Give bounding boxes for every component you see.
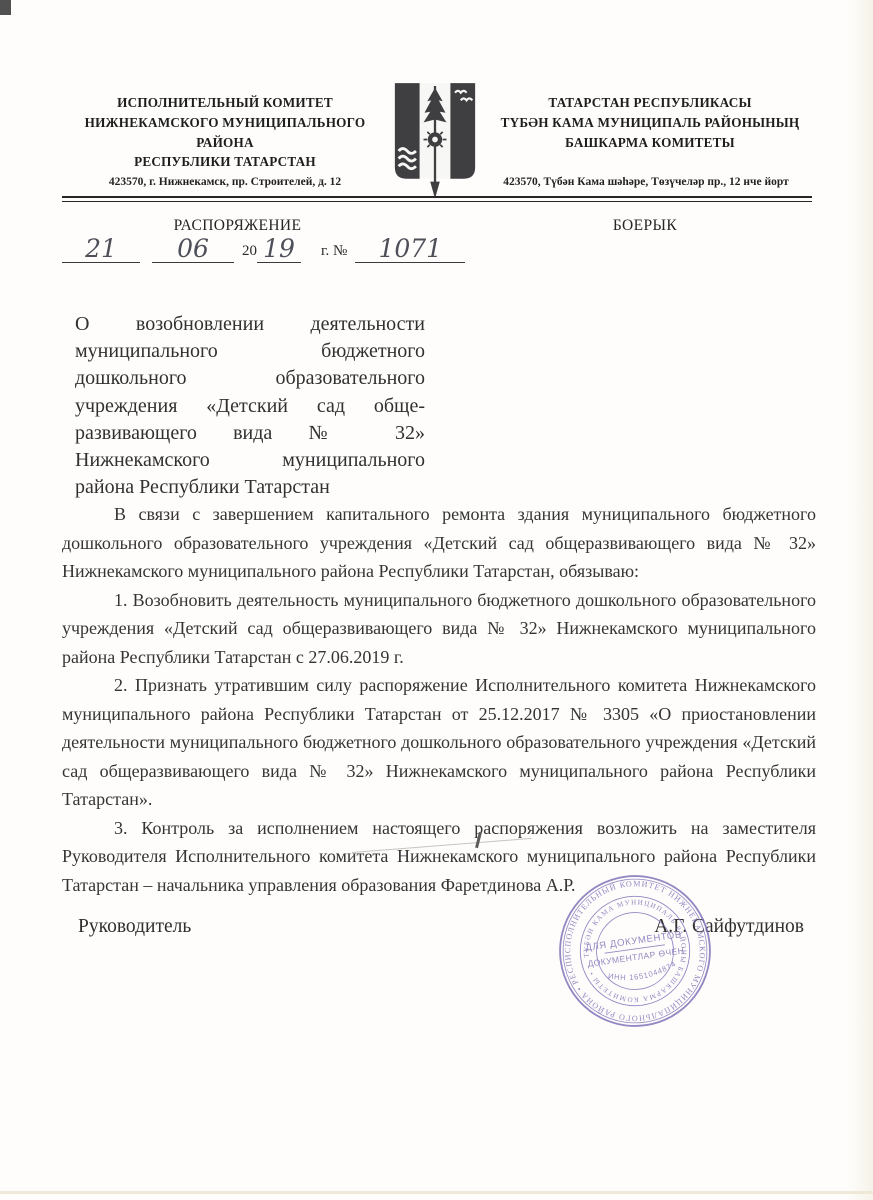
doc-type-tatar: БОЕРЫК <box>480 217 810 235</box>
scan-corner-artifact <box>0 0 11 15</box>
coat-of-arms-icon <box>392 80 478 200</box>
org-name-line: РЕСПУБЛИКИ ТАТАРСТАН <box>58 152 392 172</box>
title-line: О возобновлении деятельности <box>75 311 425 338</box>
date-number-line: 21 06 20 19 г. № 1071 <box>62 236 465 263</box>
number-label: г. № <box>321 243 347 263</box>
title-line: учреждения «Детский сад обще- <box>75 393 425 420</box>
address-tatar: 423570, Түбән Кама шәһәре, Төзүчеләр пр.… <box>470 176 822 188</box>
document-body: В связи с завершением капитального ремон… <box>62 500 816 899</box>
paragraph-preamble: В связи с завершением капитального ремон… <box>62 500 816 586</box>
date-month-field: 06 <box>152 236 234 263</box>
paragraph-item-1: 1. Возобновить деятельность муниципально… <box>62 586 816 672</box>
org-name-line: ТҮБӘН КАМА МУНИЦИПАЛЬ РАЙОНЫНЫҢ <box>478 113 822 133</box>
date-day-field: 21 <box>62 236 140 263</box>
title-line: дошкольного образовательного <box>75 365 425 392</box>
org-name-tatar: ТАТАРСТАН РЕСПУБЛИКАСЫ ТҮБӘН КАМА МУНИЦИ… <box>478 93 822 152</box>
date-year-field: 19 <box>257 236 301 263</box>
title-line: района Республики Татарстан <box>75 474 425 501</box>
paragraph-item-2: 2. Признать утратившим силу распоряжение… <box>62 671 816 814</box>
title-line: развивающего вида № 32» <box>75 420 425 447</box>
org-name-line: НИЖНЕКАМСКОГО МУНИЦИПАЛЬНОГО РАЙОНА <box>58 113 392 153</box>
doc-type-russian: РАСПОРЯЖЕНИЕ <box>60 217 415 235</box>
year-prefix: 20 <box>242 243 257 263</box>
org-name-line: БАШКАРМА КОМИТЕТЫ <box>478 133 822 153</box>
document-title: О возобновлении деятельности муниципальн… <box>75 311 425 501</box>
org-name-line: ТАТАРСТАН РЕСПУБЛИКАСЫ <box>478 93 822 113</box>
org-name-russian: ИСПОЛНИТЕЛЬНЫЙ КОМИТЕТ НИЖНЕКАМСКОГО МУН… <box>58 93 392 172</box>
scanned-document-page: ИСПОЛНИТЕЛЬНЫЙ КОМИТЕТ НИЖНЕКАМСКОГО МУН… <box>0 0 873 1200</box>
scan-edge-shadow <box>847 0 873 1200</box>
doc-number-field: 1071 <box>355 236 465 263</box>
title-line: Нижнекамского муниципального <box>75 447 425 474</box>
header-divider <box>62 196 812 202</box>
scan-bottom-edge <box>0 1191 873 1194</box>
signer-position: Руководитель <box>78 916 191 938</box>
title-line: муниципального бюджетного <box>75 338 425 365</box>
official-stamp: ИСПОЛНИТЕЛЬНЫЙ КОМИТЕТ НИЖНЕКАМСКОГО МУН… <box>544 860 727 1043</box>
org-name-line: ИСПОЛНИТЕЛЬНЫЙ КОМИТЕТ <box>58 93 392 113</box>
address-russian: 423570, г. Нижнекамск, пр. Строителей, д… <box>58 176 392 188</box>
